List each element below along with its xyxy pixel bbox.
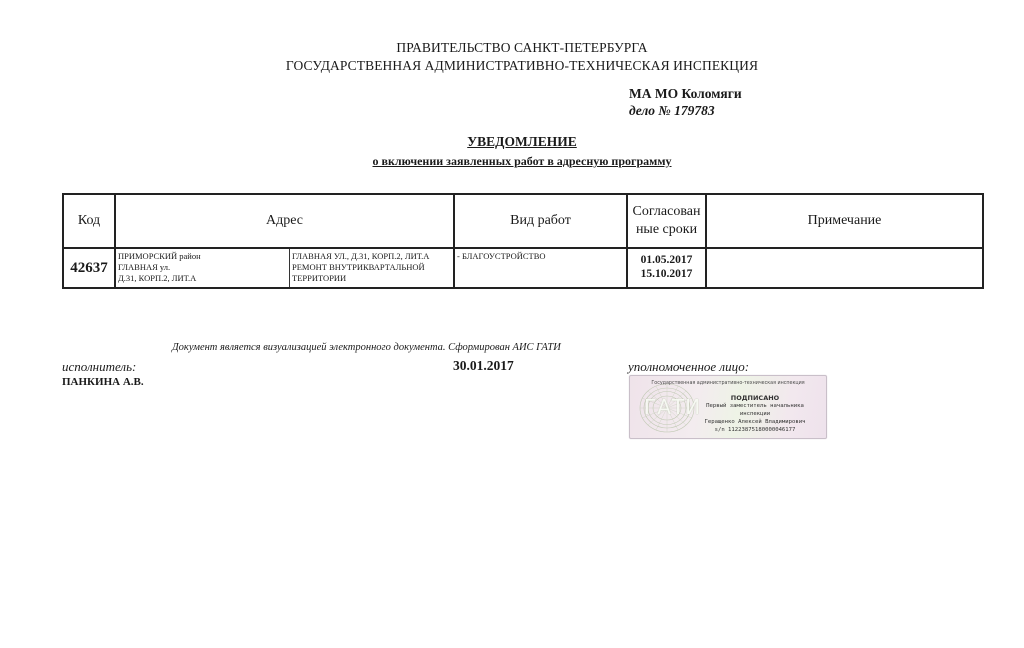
date-end: 15.10.2017: [628, 267, 705, 281]
column-header-address: Адрес: [115, 194, 454, 248]
stamp-signer-position: Первый заместитель начальника: [690, 403, 820, 409]
cell-agreed-dates: 01.05.2017 15.10.2017: [627, 248, 706, 288]
work-description-line: РЕМОНТ ВНУТРИКВАРТАЛЬНОЙ: [292, 262, 453, 273]
issue-date: 30.01.2017: [453, 358, 514, 374]
stamp-signer-position-cont: инспекции: [690, 411, 820, 417]
column-header-note: Примечание: [706, 194, 983, 248]
stamp-status: ПОДПИСАНО: [690, 394, 820, 402]
electronic-signature-stamp: ГАТИ Государственная административно-тех…: [629, 375, 827, 439]
document-visualization-note: Документ является визуализацией электрон…: [172, 342, 561, 353]
executor-name: ПАНКИНА А.В.: [62, 376, 144, 388]
case-number: дело № 179783: [629, 103, 715, 119]
recipient-name: МА МО Коломяги: [629, 86, 742, 102]
address-full: ГЛАВНАЯ УЛ., Д.31, КОРП.2, ЛИТ.А РЕМОНТ …: [290, 249, 453, 287]
cell-work-type: - БЛАГОУСТРОЙСТВО: [454, 248, 627, 288]
date-start: 01.05.2017: [628, 253, 705, 267]
executor-label: исполнитель:: [62, 359, 136, 375]
address-short: ПРИМОРСКИЙ район ГЛАВНАЯ ул. Д.31, КОРП.…: [116, 249, 290, 287]
column-header-code: Код: [63, 194, 115, 248]
column-header-agreed-dates: Согласован ные сроки: [627, 194, 706, 248]
government-heading: ПРАВИТЕЛЬСТВО САНКТ-ПЕТЕРБУРГА: [0, 40, 1024, 56]
table-header-row: Код Адрес Вид работ Согласован ные сроки…: [63, 194, 983, 248]
notice-subtitle: о включении заявленных работ в адресную …: [0, 154, 1024, 169]
cell-address: ПРИМОРСКИЙ район ГЛАВНАЯ ул. Д.31, КОРП.…: [115, 248, 454, 288]
table-row: 42637 ПРИМОРСКИЙ район ГЛАВНАЯ ул. Д.31,…: [63, 248, 983, 288]
work-description-line: ТЕРРИТОРИИ: [292, 273, 453, 284]
work-type-text: - БЛАГОУСТРОЙСТВО: [455, 249, 626, 262]
cell-code: 42637: [63, 248, 115, 288]
cell-note: [706, 248, 983, 288]
stamp-certificate-serial: s/n 11223875180000046177: [690, 427, 820, 433]
address-street: ГЛАВНАЯ ул.: [118, 262, 289, 273]
address-full-line: ГЛАВНАЯ УЛ., Д.31, КОРП.2, ЛИТ.А: [292, 251, 453, 262]
address-district: ПРИМОРСКИЙ район: [118, 251, 289, 262]
stamp-signer-name: Геращенко Алексей Владимирович: [690, 419, 820, 425]
stamp-organization: Государственная административно-техничес…: [630, 381, 826, 386]
address-building: Д.31, КОРП.2, ЛИТ.А: [118, 273, 289, 284]
inspection-heading: ГОСУДАРСТВЕННАЯ АДМИНИСТРАТИВНО-ТЕХНИЧЕС…: [0, 58, 1024, 74]
column-header-work-type: Вид работ: [454, 194, 627, 248]
works-table: Код Адрес Вид работ Согласован ные сроки…: [62, 193, 984, 289]
authorized-person-label: уполномоченное лицо:: [628, 359, 749, 375]
notice-title: УВЕДОМЛЕНИЕ: [0, 134, 1024, 150]
